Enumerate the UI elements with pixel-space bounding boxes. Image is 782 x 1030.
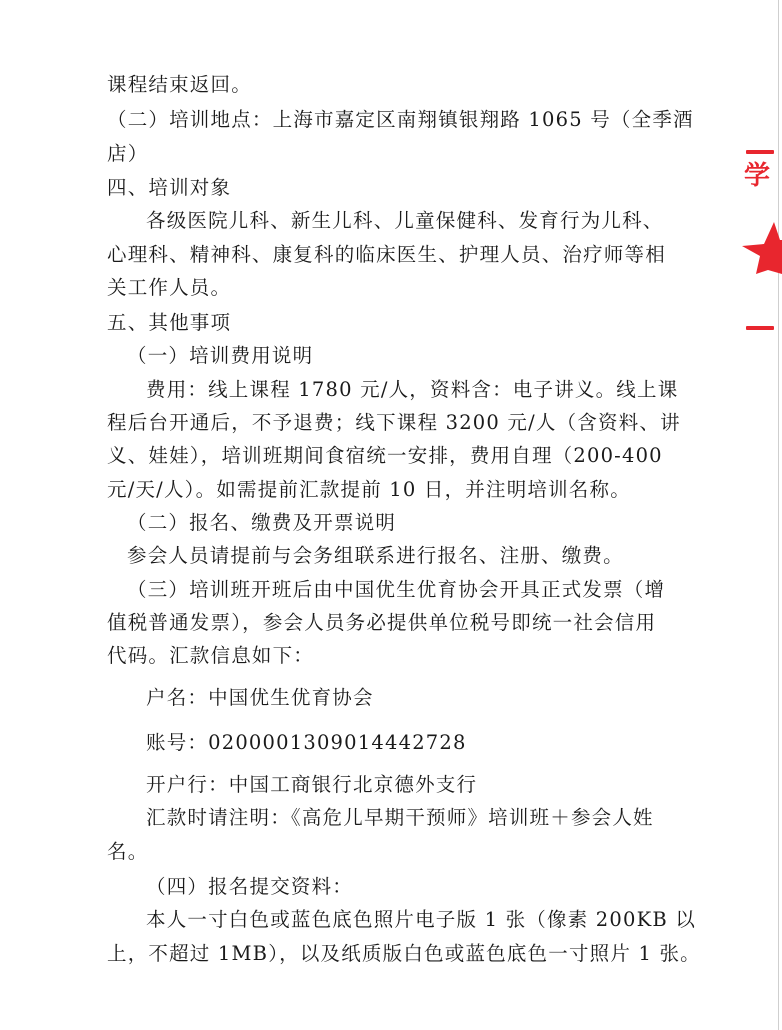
star-icon [742,222,782,274]
text-line: 四、培训对象 [107,175,231,201]
text-line: 参会人员请提前与会务组联系进行报名、注册、缴费。 [127,543,624,569]
text-line: （二）报名、缴费及开票说明 [127,510,396,536]
text-line: 名。 [107,839,148,865]
text-line: （一）培训费用说明 [127,343,313,369]
red-seal-stamp: 学 [740,150,780,340]
text-line: 五、其他事项 [107,310,231,336]
text-line: （二）培训地点：上海市嘉定区南翔镇银翔路 1065 号（全季酒 [107,107,694,133]
stamp-character: 学 [744,162,770,190]
stamp-edge-bottom [746,326,774,330]
text-line: 店） [107,141,148,167]
text-line: 值税普通发票），参会人员务必提供单位税号即统一社会信用 [107,610,656,636]
text-line: 代码。汇款信息如下： [107,643,314,669]
text-line: （四）报名提交资料： [146,874,353,900]
text-line: 汇款时请注明：《高危儿早期干预师》培训班＋参会人姓 [146,805,654,831]
text-line: 程后台开通后，不予退费；线下课程 3200 元/人（含资料、讲 [107,410,681,436]
text-line: 账号：0200001309014442728 [146,730,467,756]
text-line: 课程结束返回。 [107,72,252,98]
text-line: 户名：中国优生优育协会 [146,685,374,711]
text-line: 义、娃娃），培训班期间食宿统一安排，费用自理（200-400 [107,443,663,469]
text-line: 元/天/人）。如需提前汇款提前 10 日，并注明培训名称。 [107,477,631,503]
text-line: 上，不超过 1MB），以及纸质版白色或蓝色底色一寸照片 1 张。 [107,941,701,967]
text-line: 关工作人员。 [107,275,231,301]
text-line: 费用：线上课程 1780 元/人，资料含：电子讲义。线上课 [146,377,678,403]
text-line: 各级医院儿科、新生儿科、儿童保健科、发育行为儿科、 [146,208,664,234]
text-line: 心理科、精神科、康复科的临床医生、护理人员、治疗师等相 [107,242,666,268]
text-line: 开户行：中国工商银行北京德外支行 [146,772,477,798]
stamp-edge-top [746,150,774,154]
text-line: （三）培训班开班后由中国优生优育协会开具正式发票（增 [127,577,665,603]
text-line: 本人一寸白色或蓝色底色照片电子版 1 张（像素 200KB 以 [146,907,696,933]
